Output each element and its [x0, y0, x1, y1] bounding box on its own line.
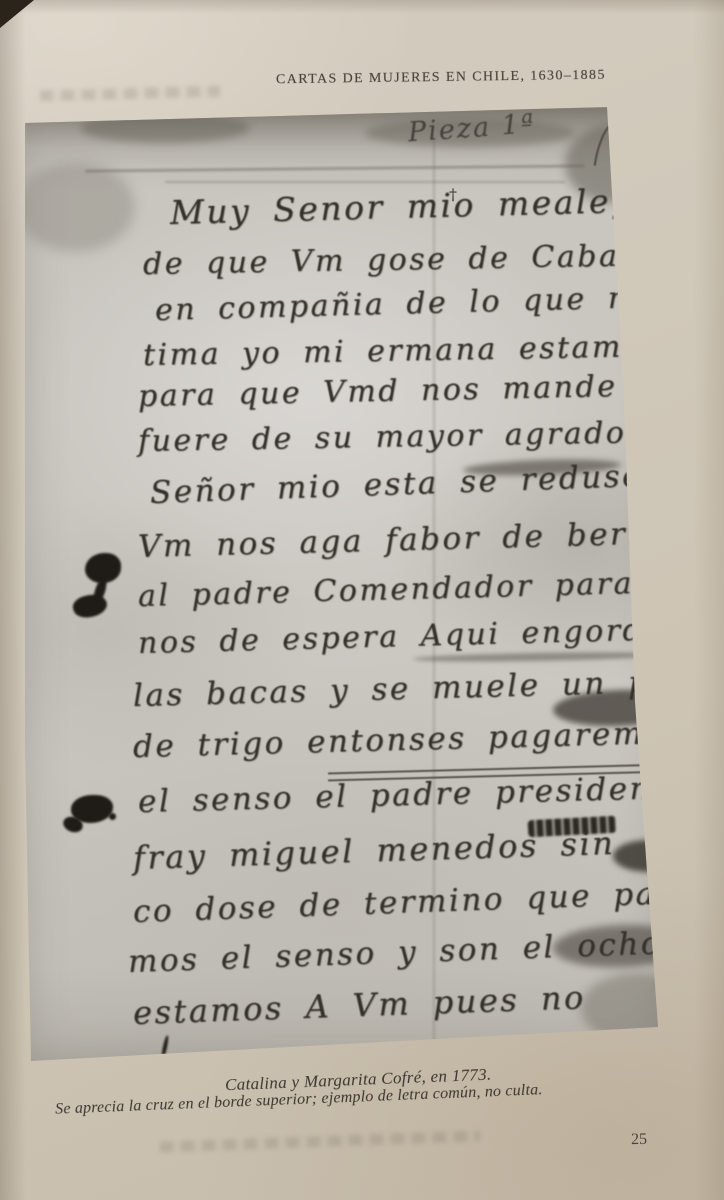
manuscript-line: para que Vmd nos mande lo que: [138, 366, 724, 414]
dark-smear-right: [613, 840, 685, 872]
running-head-title: CARTAS DE MUJERES EN CHILE, 1630–1885: [276, 68, 606, 89]
manuscript-line: estamos A Vm pues no: [132, 978, 586, 1032]
manuscript-line: Vm nos aga fabor de bernos: [138, 515, 690, 565]
page-left-shadow: [0, 0, 26, 1200]
manuscript-line: las bacas y se muele un poco: [133, 663, 713, 714]
crease-line: [85, 164, 585, 172]
ink-blot: [109, 813, 116, 820]
ink-showthrough-bottom: [160, 1130, 480, 1152]
stain: [15, 162, 135, 252]
manuscript-line: nos de espera Aqui engorda: [138, 612, 666, 661]
manuscript-line: tima yo mi ermana estamos: [143, 329, 662, 373]
photo-top-stain-band: [25, 107, 661, 163]
manuscript-line: co dose de termino que pague: [132, 873, 722, 930]
manuscript-line: fuere de su mayor agrado: [138, 415, 627, 459]
manuscript-line: al padre Comendador para que: [138, 564, 720, 614]
manuscript-line: el senso el padre presidente: [138, 770, 689, 820]
book-corner-dark-edge: [0, 0, 34, 28]
manuscript-line: de que Vm gose de Cabal salud: [143, 236, 724, 282]
manuscript-line: de trigo entonses pagaremos: [133, 715, 685, 765]
pen-stroke-below-last-line: [161, 1035, 170, 1059]
manuscript-photo: Pieza 1ª † Muy Senor mio mealegro de que…: [25, 107, 661, 1063]
ink-showthrough-top: [40, 86, 220, 102]
page-top-shadow: [0, 0, 724, 14]
gray-wedge-bottom-right: [581, 973, 691, 1043]
crease-line: [165, 181, 565, 183]
page-number: 25: [631, 1131, 647, 1149]
manuscript-line: mos el senso y son el ocho: [127, 925, 662, 980]
manuscript-line: fray miguel menedos sin: [132, 824, 615, 877]
page-right-shadow: [694, 0, 724, 1200]
manuscript-line: Muy Senor mio mealegro: [169, 180, 675, 232]
manuscript-line: en compañia de lo que mas es: [155, 278, 724, 328]
